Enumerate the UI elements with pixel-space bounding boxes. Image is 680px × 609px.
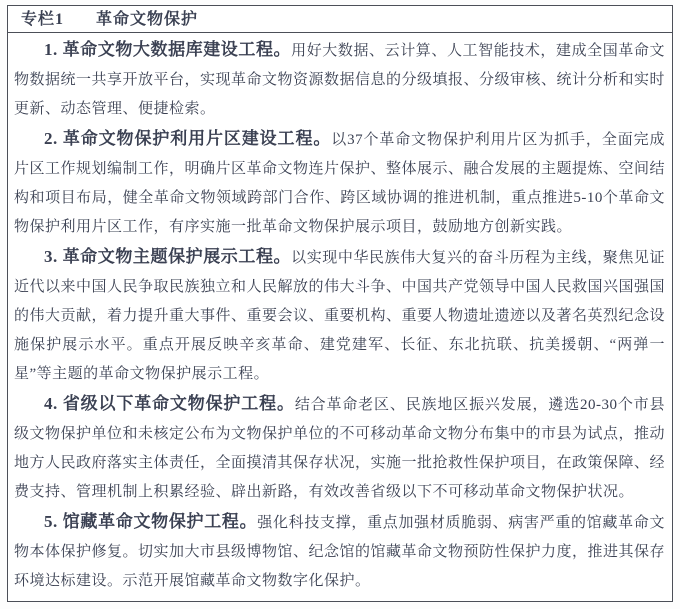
panel-header-label: 专栏1	[21, 10, 64, 30]
project-item-2-lead: 2. 革命文物保护利用片区建设工程。	[44, 129, 331, 148]
project-item-1-lead: 1. 革命文物大数据库建设工程。	[44, 40, 291, 59]
panel-header: 专栏1革命文物保护	[8, 6, 672, 33]
panel-body: 1. 革命文物大数据库建设工程。用好大数据、云计算、人工智能技术，建成全国革命文…	[8, 33, 672, 600]
project-item-3-lead: 3. 革命文物主题保护展示工程。	[44, 247, 291, 266]
project-item-5: 5. 馆藏革命文物保护工程。强化科技支撑，重点加强材质脆弱、病害严重的馆藏革命文…	[14, 507, 665, 596]
project-item-3-body: 以实现中华民族伟大复兴的奋斗历程为主线，聚焦见证近代以来中国人民争取民族独立和人…	[14, 250, 665, 382]
panel-header-title: 革命文物保护	[96, 11, 198, 28]
project-item-4-lead: 4. 省级以下革命文物保护工程。	[44, 394, 295, 413]
project-item-4: 4. 省级以下革命文物保护工程。结合革命老区、民族地区振兴发展，遴选20-30个…	[14, 389, 665, 507]
column-panel: 专栏1革命文物保护 1. 革命文物大数据库建设工程。用好大数据、云计算、人工智能…	[7, 5, 673, 602]
project-item-5-lead: 5. 馆藏革命文物保护工程。	[44, 512, 257, 531]
project-item-1: 1. 革命文物大数据库建设工程。用好大数据、云计算、人工智能技术，建成全国革命文…	[14, 35, 665, 124]
project-item-3: 3. 革命文物主题保护展示工程。以实现中华民族伟大复兴的奋斗历程为主线，聚焦见证…	[14, 242, 665, 389]
project-item-2: 2. 革命文物保护利用片区建设工程。以37个革命文物保护利用片区为抓手，全面完成…	[14, 124, 665, 242]
